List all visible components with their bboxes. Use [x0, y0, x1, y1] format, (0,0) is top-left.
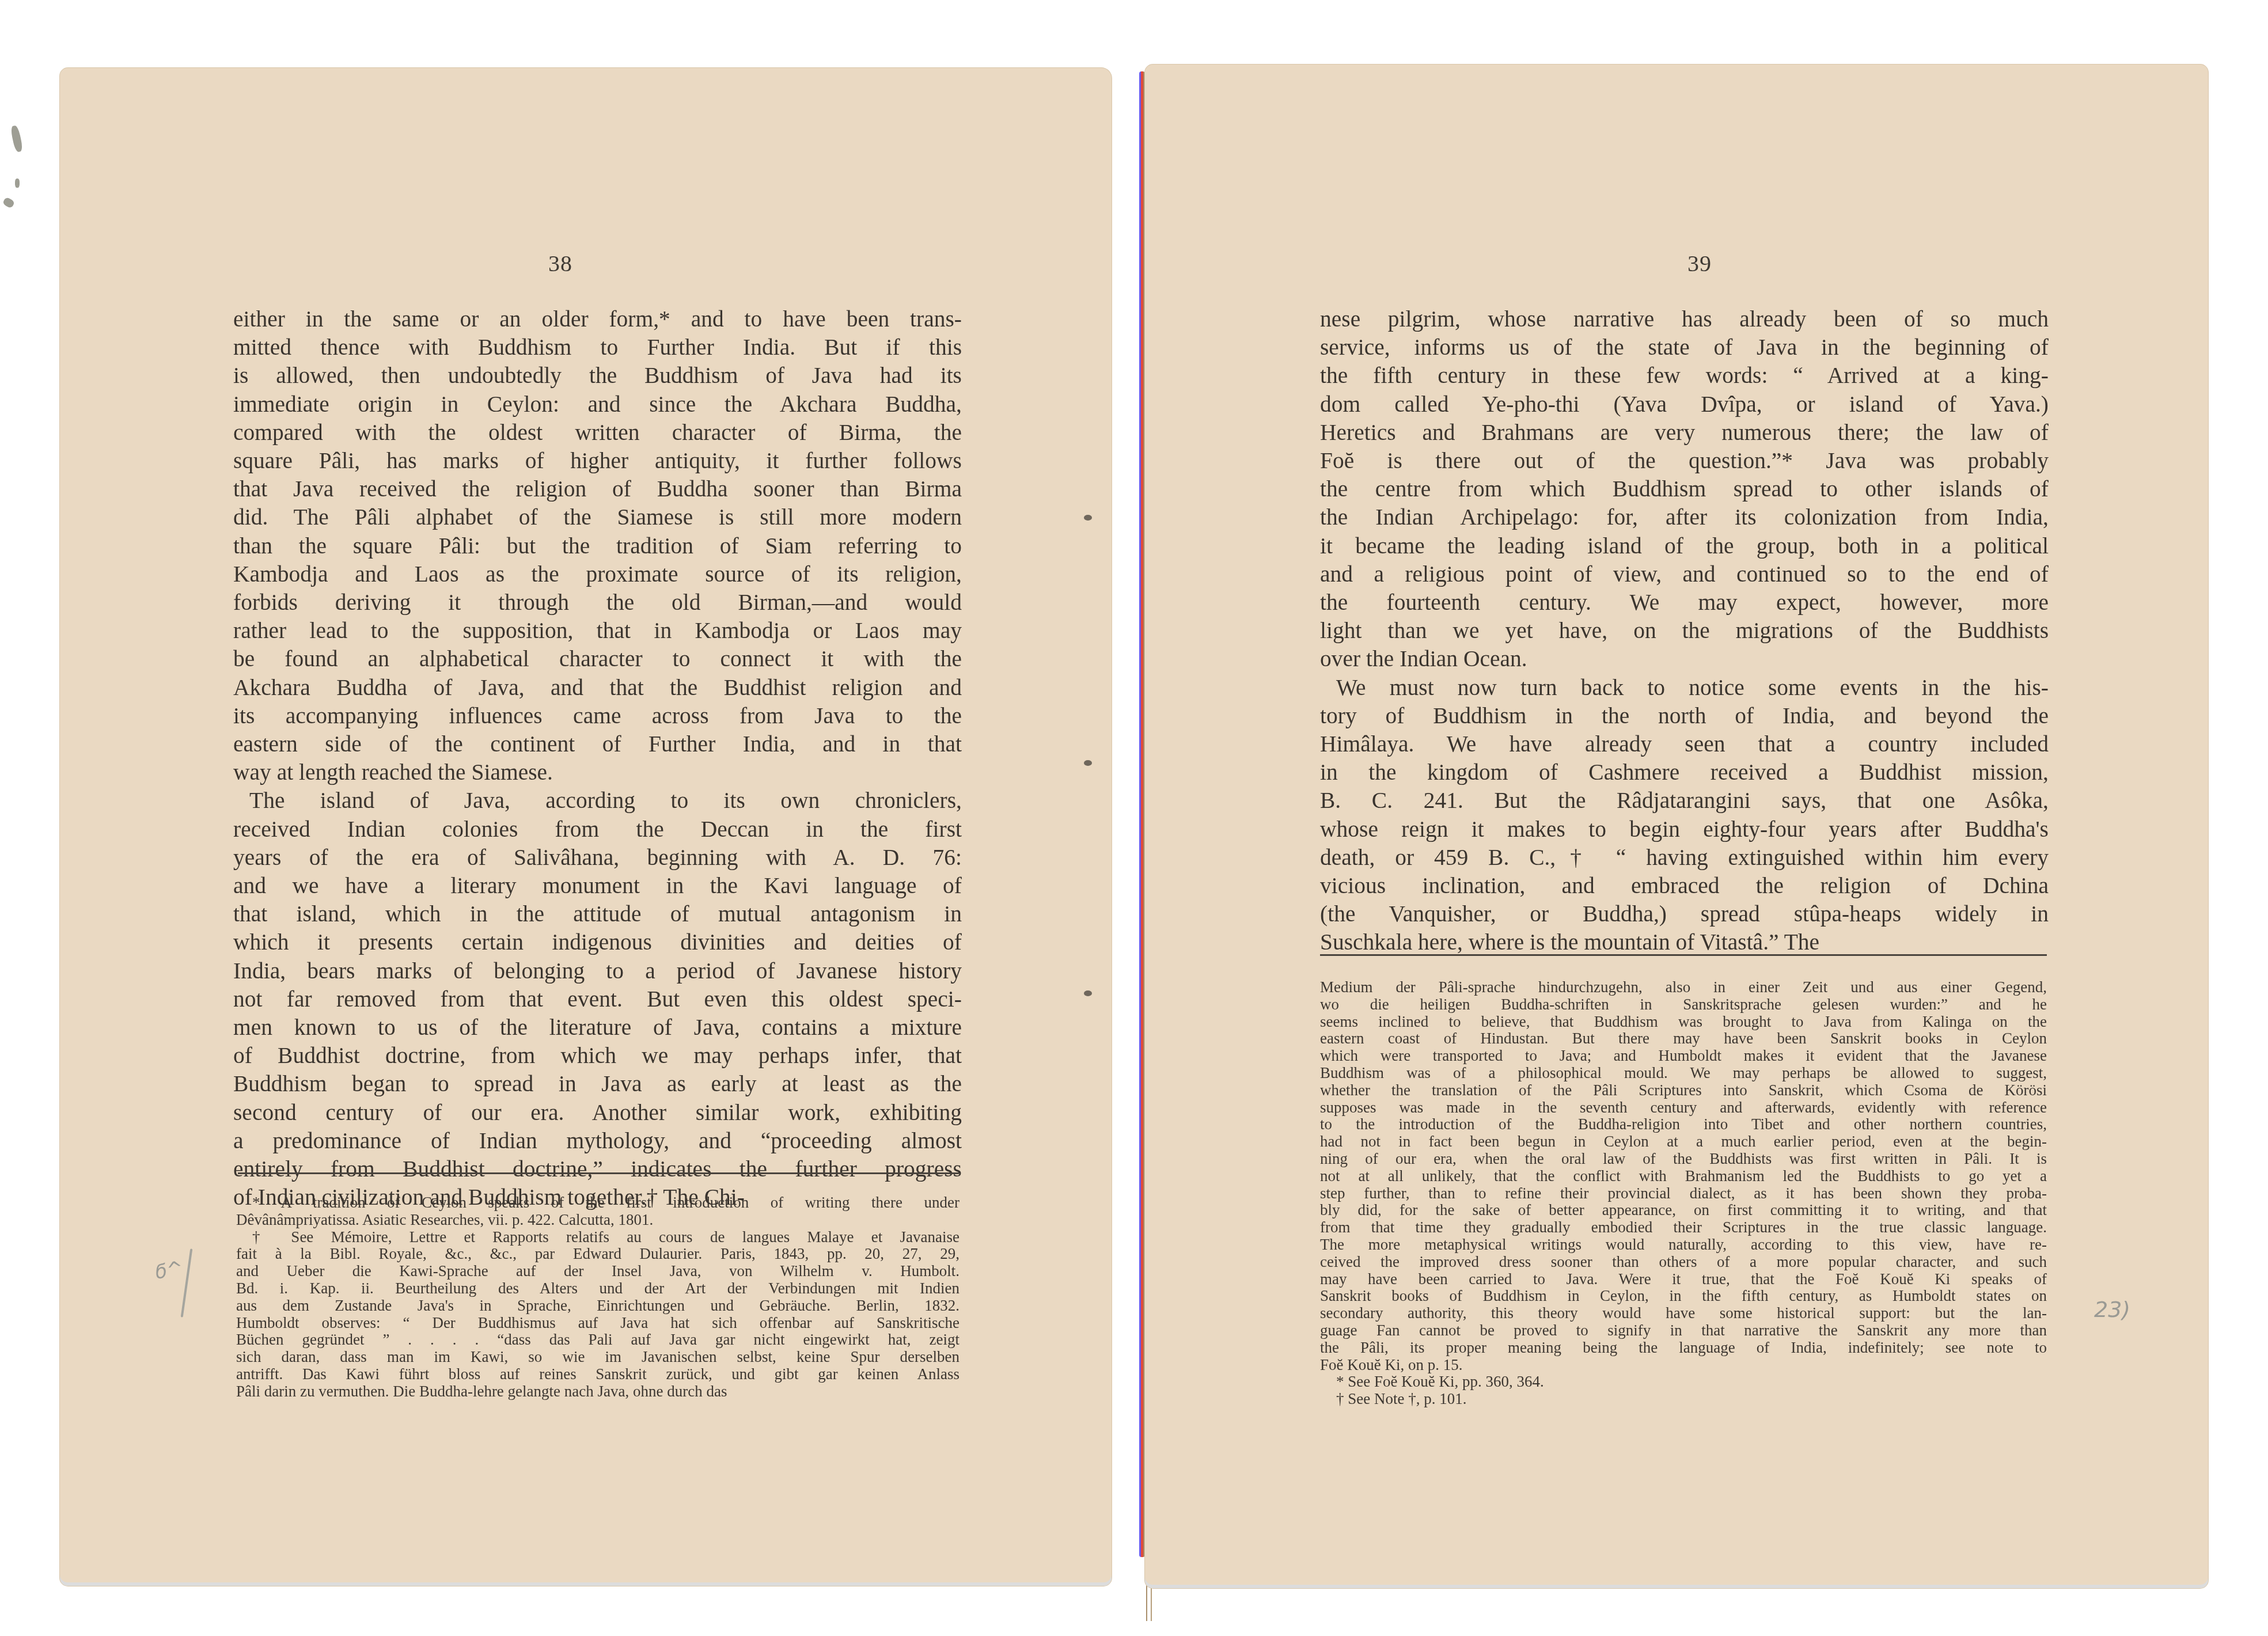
text-line: whether the translation of the Pâli Scri…	[1320, 1082, 2047, 1099]
text-line: Humboldt observes: “ Der Buddhismus auf …	[236, 1315, 959, 1332]
text-line: fait à la Bibl. Royale, &c., &c., par Ed…	[236, 1246, 959, 1263]
binding-mark	[1084, 760, 1092, 766]
footnote-rule	[238, 1172, 959, 1174]
text-line: secondary authority, this theory would h…	[1320, 1305, 2047, 1322]
text-line: Kambodja and Laos as the proximate sourc…	[233, 560, 962, 589]
text-line: second century of our era. Another simil…	[233, 1099, 962, 1127]
text-line: that Java received the religion of Buddh…	[233, 475, 962, 503]
text-line: light than we yet have, on the migration…	[1320, 617, 2049, 645]
text-line: rather lead to the supposition, that in …	[233, 617, 962, 645]
text-line: is allowed, then undoubtedly the Buddhis…	[233, 362, 962, 390]
text-line: forbids deriving it through the old Birm…	[233, 589, 962, 617]
text-line: Akchara Buddha of Java, and that the Bud…	[233, 674, 962, 702]
text-line: guage Fan cannot be proved to signify in…	[1320, 1322, 2047, 1339]
text-line: mitted thence with Buddhism to Further I…	[233, 333, 962, 362]
text-line: in the kingdom of Cashmere received a Bu…	[1320, 758, 2049, 787]
text-line: supposes was made in the seventh century…	[1320, 1099, 2047, 1117]
text-line: received Indian colonies from the Deccan…	[233, 815, 962, 844]
text-line: did. The Pâli alphabet of the Siamese is…	[233, 503, 962, 532]
margin-pencil-note: ϭ^	[153, 1257, 185, 1284]
text-line: antrifft. Das Kawi führt bloss auf reine…	[236, 1366, 959, 1383]
text-line: entirely from Buddhist doctrine,” indica…	[233, 1155, 962, 1183]
text-line: nese pilgrim, whose narrative has alread…	[1320, 305, 2049, 333]
text-line: † See Note †, p. 101.	[1320, 1391, 2047, 1408]
footnote-rule	[1320, 954, 2047, 956]
text-line: the Pâli, its proper meaning being the l…	[1320, 1339, 2047, 1357]
paper-debris	[10, 125, 23, 153]
text-line: which were transported to Java; and Humb…	[1320, 1047, 2047, 1065]
text-line: (the Vanquisher, or Buddha,) spread stûp…	[1320, 900, 2049, 928]
text-line: men known to us of the literature of Jav…	[233, 1014, 962, 1042]
text-line: † See Mémoire, Lettre et Rapports relati…	[236, 1229, 959, 1246]
text-line: its accompanying influences came across …	[233, 702, 962, 730]
text-line: * See Foĕ Kouĕ Ki, pp. 360, 364.	[1320, 1373, 2047, 1391]
text-line: B. C. 241. But the Râdjatarangini says, …	[1320, 787, 2049, 815]
text-line: Büchen gegründet ” . . . . “dass das Pal…	[236, 1331, 959, 1349]
text-line: from that time they gradually embodied t…	[1320, 1219, 2047, 1236]
text-line: Buddhism was of a philosophical mould. W…	[1320, 1065, 2047, 1082]
text-line: The more metaphysical writings would nat…	[1320, 1236, 2047, 1254]
text-line: had not in fact been begun in Ceylon at …	[1320, 1133, 2047, 1151]
text-line: which it presents certain indigenous div…	[233, 928, 962, 956]
text-line: Foĕ Kouĕ Ki, on p. 15.	[1320, 1357, 2047, 1374]
text-line: Medium der Pâli-sprache hindurchzugehn, …	[1320, 979, 2047, 996]
text-line: Heretics and Brahmans are very numerous …	[1320, 419, 2049, 447]
text-line: not far removed from that event. But eve…	[233, 985, 962, 1014]
text-line: We must now turn back to notice some eve…	[1320, 674, 2049, 702]
footnotes: Medium der Pâli-sprache hindurchzugehn, …	[1320, 979, 2047, 1408]
page-number: 38	[548, 250, 572, 277]
spine-edge	[1139, 71, 1145, 1557]
text-line: way at length reached the Siamese.	[233, 758, 962, 787]
right-page: 39 nese pilgrim, whose narrative has alr…	[1145, 64, 2208, 1588]
text-line: Foĕ is there out of the question.”* Java…	[1320, 447, 2049, 475]
text-line: India, bears marks of belonging to a per…	[233, 957, 962, 985]
text-line: be found an alphabetical character to co…	[233, 645, 962, 673]
text-line: * A tradition of Ceylon speaks of the fi…	[236, 1194, 959, 1212]
text-line: whose reign it makes to begin eighty-fou…	[1320, 815, 2049, 844]
text-line: of Buddhist doctrine, from which we may …	[233, 1042, 962, 1070]
text-line: Sanskrit books of Buddhism in Ceylon, in…	[1320, 1288, 2047, 1305]
text-line: Dêvânâmpriyatissa. Asiatic Researches, v…	[236, 1212, 959, 1229]
text-line: and we have a literary monument in the K…	[233, 872, 962, 900]
text-line: Suschkala here, where is the mountain of…	[1320, 928, 2049, 956]
text-line: it became the leading island of the grou…	[1320, 532, 2049, 560]
footnotes: * A tradition of Ceylon speaks of the fi…	[236, 1194, 959, 1400]
text-line: may have been carried to Java. Were it t…	[1320, 1271, 2047, 1288]
text-line: eastern coast of Hindustan. But there ma…	[1320, 1030, 2047, 1047]
paper-debris	[15, 179, 20, 188]
text-line: The island of Java, according to its own…	[233, 787, 962, 815]
text-line: service, informs us of the state of Java…	[1320, 333, 2049, 362]
text-line: the centre from which Buddhism spread to…	[1320, 475, 2049, 503]
left-page: 38 either in the same or an older form,*…	[60, 68, 1112, 1586]
text-line: compared with the oldest written charact…	[233, 419, 962, 447]
text-line: seems inclined to believe, that Buddhism…	[1320, 1014, 2047, 1031]
text-line: and a religious point of view, and conti…	[1320, 560, 2049, 589]
text-line: bly did, for the sake of better appearan…	[1320, 1202, 2047, 1219]
text-line: than the square Pâli: but the tradition …	[233, 532, 962, 560]
paper-debris	[2, 196, 16, 208]
text-line: not at all unlikely, that the conflict w…	[1320, 1168, 2047, 1185]
text-line: ceived the improved dress sooner than ot…	[1320, 1254, 2047, 1271]
body-text: either in the same or an older form,* an…	[233, 305, 962, 1212]
text-line: a predominance of Indian mythology, and …	[233, 1127, 962, 1155]
text-line: dom called Ye-pho-thi (Yava Dvîpa, or is…	[1320, 390, 2049, 419]
text-line: to the introduction of the Buddha-religi…	[1320, 1116, 2047, 1133]
margin-pencil-note: 23)	[2094, 1297, 2130, 1322]
text-line: the fifth century in these few words: “ …	[1320, 362, 2049, 390]
text-line: Buddhism began to spread in Java as earl…	[233, 1070, 962, 1098]
text-line: eastern side of the continent of Further…	[233, 730, 962, 758]
text-line: that island, which in the attitude of mu…	[233, 900, 962, 928]
text-line: and Ueber die Kawi-Sprache auf der Insel…	[236, 1263, 959, 1280]
text-line: immediate origin in Ceylon: and since th…	[233, 390, 962, 419]
margin-pencil-bracket	[181, 1248, 193, 1317]
text-line: vicious inclination, and embraced the re…	[1320, 872, 2049, 900]
text-line: wo die heiligen Buddha-schriften in Sans…	[1320, 996, 2047, 1014]
text-line: over the Indian Ocean.	[1320, 645, 2049, 673]
text-line: years of the era of Salivâhana, beginnin…	[233, 844, 962, 872]
text-line: the fourteenth century. We may expect, h…	[1320, 589, 2049, 617]
text-line: tory of Buddhism in the north of India, …	[1320, 702, 2049, 730]
text-line: ning of our era, when the oral law of th…	[1320, 1151, 2047, 1168]
text-line: the Indian Archipelago: for, after its c…	[1320, 503, 2049, 532]
text-line: Pâli darin zu vermuthen. Die Buddha-lehr…	[236, 1383, 959, 1400]
binding-mark	[1084, 515, 1092, 521]
text-line: step further, than to refine their provi…	[1320, 1185, 2047, 1202]
page-number: 39	[1687, 250, 1712, 277]
body-text: nese pilgrim, whose narrative has alread…	[1320, 305, 2049, 957]
text-line: square Pâli, has marks of higher antiqui…	[233, 447, 962, 475]
text-line: sich daran, dass man im Kawi, so wie im …	[236, 1349, 959, 1366]
text-line: death, or 459 B. C.,† “ having extinguis…	[1320, 844, 2049, 872]
text-line: aus dem Zustande Java's in Sprache, Einr…	[236, 1297, 959, 1315]
binding-mark	[1084, 990, 1092, 996]
text-line: Himâlaya. We have already seen that a co…	[1320, 730, 2049, 758]
text-line: either in the same or an older form,* an…	[233, 305, 962, 333]
text-line: Bd. i. Kap. ii. Beurtheilung des Alters …	[236, 1280, 959, 1297]
